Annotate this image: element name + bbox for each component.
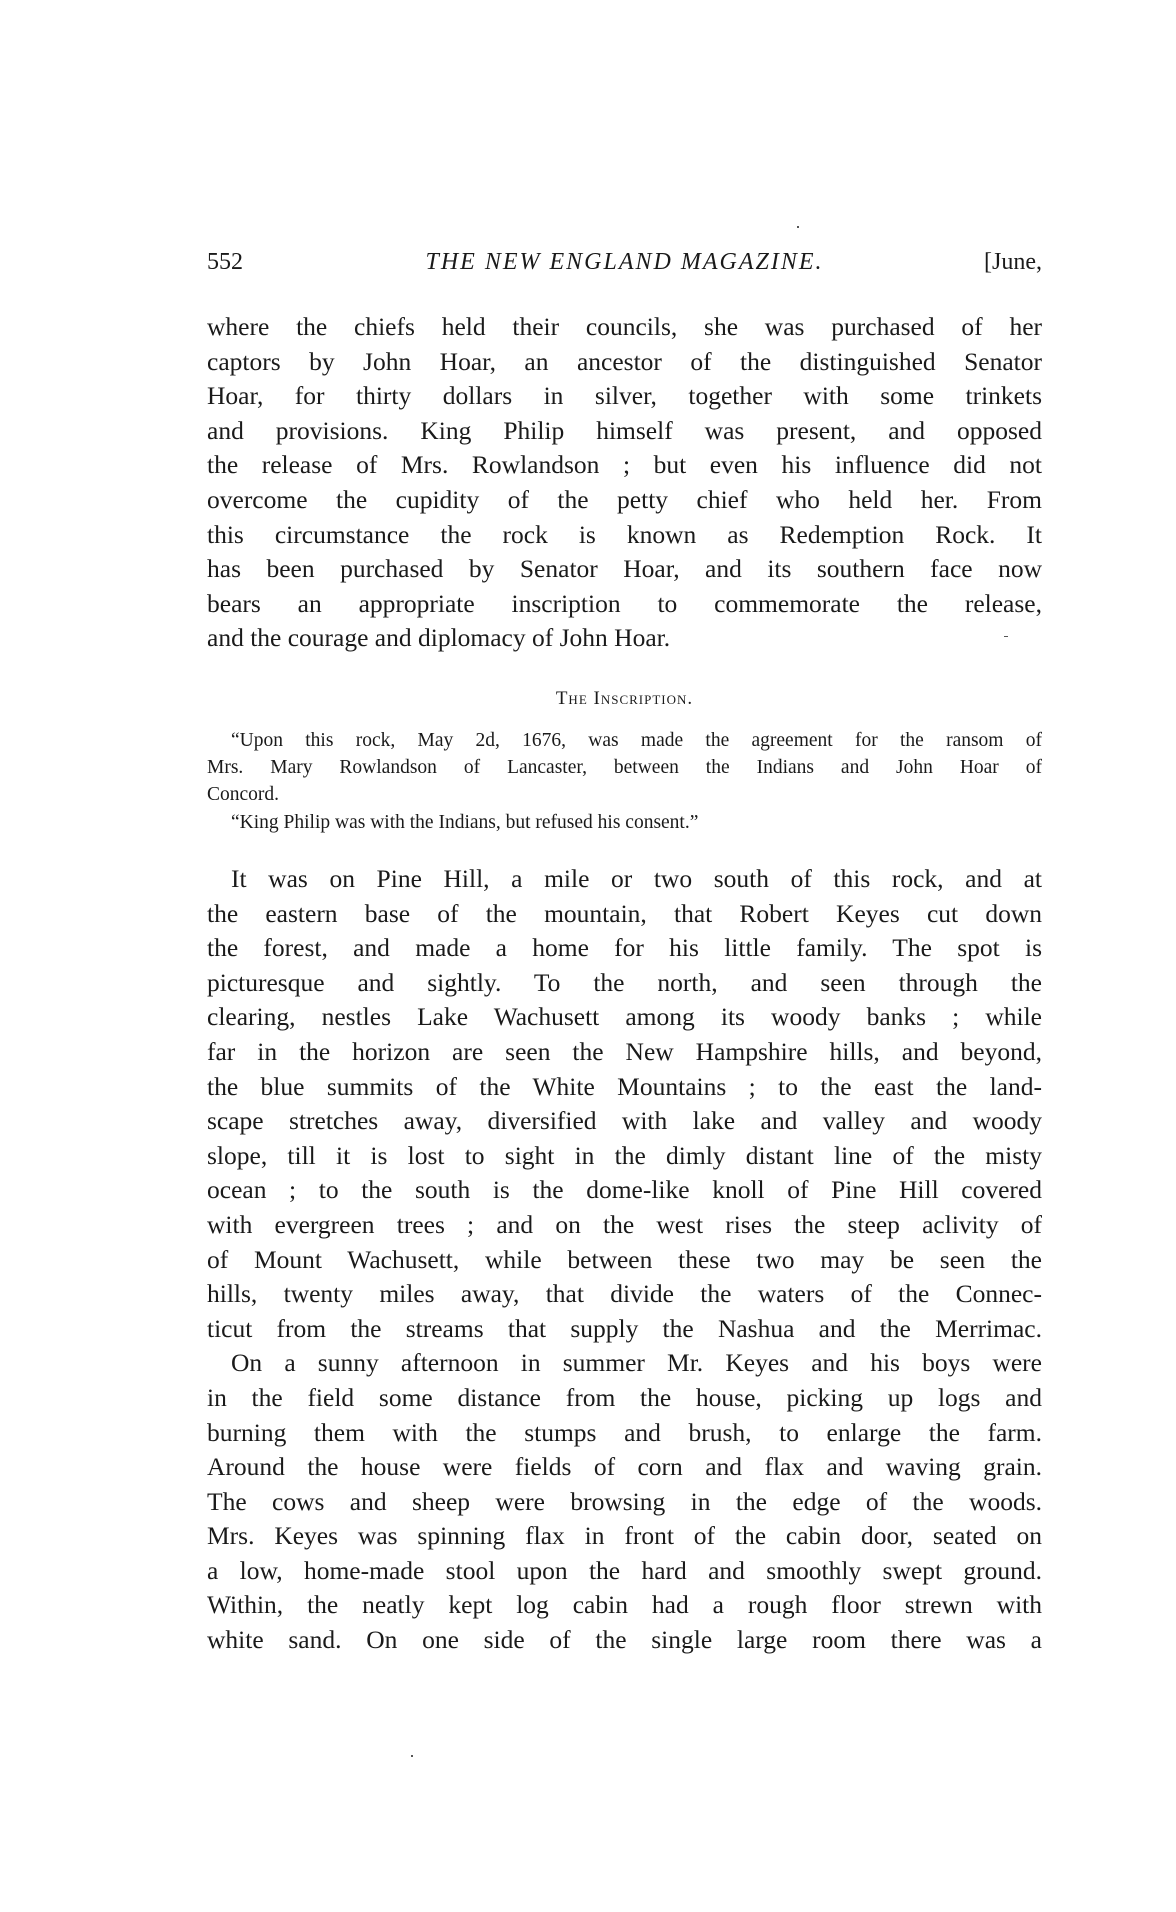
quote-line: “Upon this rock, May 2d, 1676, was made … bbox=[207, 727, 1042, 754]
text-line: ticut from the streams that supply the N… bbox=[207, 1312, 1042, 1347]
text-line: and provisions. King Philip himself was … bbox=[207, 414, 1042, 449]
text-line: captors by John Hoar, an ancestor of the… bbox=[207, 345, 1042, 380]
text-line: Around the house were fields of corn and… bbox=[207, 1450, 1042, 1485]
text-line: where the chiefs held their councils, sh… bbox=[207, 310, 1042, 345]
scan-speck bbox=[411, 1755, 413, 1757]
inscription-heading: The Inscription. bbox=[207, 686, 1042, 712]
scan-speck bbox=[1004, 636, 1008, 637]
text-line: and the courage and diplomacy of John Ho… bbox=[207, 621, 1042, 656]
text-line: It was on Pine Hill, a mile or two south… bbox=[207, 862, 1042, 897]
text-line: Hoar, for thirty dollars in silver, toge… bbox=[207, 379, 1042, 414]
quote-line: Mrs. Mary Rowlandson of Lancaster, betwe… bbox=[207, 754, 1042, 781]
running-header: 552 THE NEW ENGLAND MAGAZINE. [June, bbox=[207, 246, 1042, 278]
running-title: THE NEW ENGLAND MAGAZINE. bbox=[207, 246, 1042, 278]
text-line: bears an appropriate inscription to comm… bbox=[207, 587, 1042, 622]
text-line: the eastern base of the mountain, that R… bbox=[207, 897, 1042, 932]
text-line: white sand. On one side of the single la… bbox=[207, 1623, 1042, 1658]
text-line: scape stretches away, diversified with l… bbox=[207, 1104, 1042, 1139]
issue-month: [June, bbox=[984, 246, 1042, 278]
text-line: burning them with the stumps and brush, … bbox=[207, 1416, 1042, 1451]
text-line: the blue summits of the White Mountains … bbox=[207, 1070, 1042, 1105]
paragraph-pine-hill: It was on Pine Hill, a mile or two south… bbox=[207, 862, 1042, 1658]
text-line: of Mount Wachusett, while between these … bbox=[207, 1243, 1042, 1278]
text-line: this circumstance the rock is known as R… bbox=[207, 518, 1042, 553]
text-line: ocean ; to the south is the dome-like kn… bbox=[207, 1173, 1042, 1208]
text-line: a low, home-made stool upon the hard and… bbox=[207, 1554, 1042, 1589]
text-line: far in the horizon are seen the New Hamp… bbox=[207, 1035, 1042, 1070]
text-line: Within, the neatly kept log cabin had a … bbox=[207, 1588, 1042, 1623]
text-line: slope, till it is lost to sight in the d… bbox=[207, 1139, 1042, 1174]
quote-line: Concord. bbox=[207, 781, 1042, 808]
text-line: picturesque and sightly. To the north, a… bbox=[207, 966, 1042, 1001]
scan-speck bbox=[797, 226, 799, 228]
text-line: the forest, and made a home for his litt… bbox=[207, 931, 1042, 966]
text-line: overcome the cupidity of the petty chief… bbox=[207, 483, 1042, 518]
quote-line: “King Philip was with the Indians, but r… bbox=[207, 809, 1042, 836]
inscription-quote: “Upon this rock, May 2d, 1676, was made … bbox=[207, 727, 1042, 836]
text-line: has been purchased by Senator Hoar, and … bbox=[207, 552, 1042, 587]
text-line: On a sunny afternoon in summer Mr. Keyes… bbox=[207, 1346, 1042, 1381]
paragraph-redemption-rock: where the chiefs held their councils, sh… bbox=[207, 310, 1042, 656]
text-line: clearing, nestles Lake Wachusett among i… bbox=[207, 1000, 1042, 1035]
text-line: in the field some distance from the hous… bbox=[207, 1381, 1042, 1416]
text-line: Mrs. Keyes was spinning flax in front of… bbox=[207, 1519, 1042, 1554]
text-line: The cows and sheep were browsing in the … bbox=[207, 1485, 1042, 1520]
text-line: with evergreen trees ; and on the west r… bbox=[207, 1208, 1042, 1243]
text-line: hills, twenty miles away, that divide th… bbox=[207, 1277, 1042, 1312]
text-line: the release of Mrs. Rowlandson ; but eve… bbox=[207, 448, 1042, 483]
magazine-page: 552 THE NEW ENGLAND MAGAZINE. [June, whe… bbox=[0, 0, 1176, 1912]
